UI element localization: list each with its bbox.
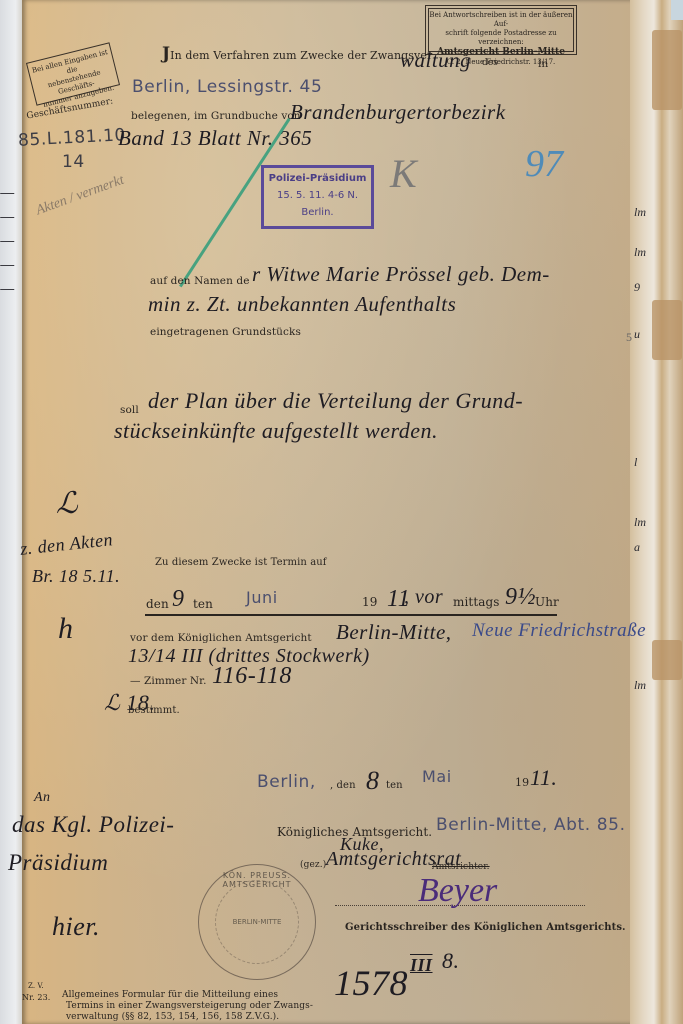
recipient-line: das Kgl. Polizei-	[12, 812, 174, 838]
purpose-handwritten-1: der Plan über die Verteilung der Grund-	[148, 388, 523, 414]
court-seal: KÖN. PREUSS. AMTSGERICHT BERLIN-MITTE	[198, 864, 316, 980]
date-place-stamp: Berlin,	[257, 772, 316, 792]
file-roman: III	[410, 955, 433, 976]
edge-note: a	[634, 540, 640, 555]
term-ten: ten	[193, 597, 213, 611]
intro-printed: JIn dem Verfahren zum Zwecke der Zwangsv…	[162, 44, 432, 64]
clerk-title: Gerichtsschreiber des Königlichen Amtsge…	[345, 922, 626, 933]
police-received-stamp: Polizei-Präsidium 15. 5. 11. 4-6 N. Berl…	[261, 165, 374, 229]
term-day: 9	[172, 586, 185, 613]
location-stamp: Berlin, Lessingstr. 45	[132, 77, 322, 97]
signature-court-stamp: Berlin-Mitte, Abt. 85.	[436, 815, 626, 835]
notice-line: schrift folgende Postadresse zu verzeich…	[429, 29, 573, 47]
police-stamp-title: Polizei-Präsidium	[264, 170, 371, 187]
seal-text: KÖN. PREUSS. AMTSGERICHT	[199, 871, 315, 889]
term-time: 9½	[505, 584, 536, 611]
date-den: , den	[330, 780, 356, 791]
court-handwritten: Berlin-Mitte,	[336, 620, 452, 645]
torn-edge	[652, 300, 682, 360]
room-printed: — Zimmer Nr.	[130, 675, 207, 687]
intro-handwritten: waltung	[400, 48, 471, 73]
torn-edge	[652, 640, 682, 680]
plot-printed: eingetragenen Grundstücks	[150, 326, 301, 338]
edge-note: l	[634, 455, 637, 470]
pencil-mark-k: K	[390, 150, 417, 197]
form-title-line: Termins in einer Zwangsversteigerung ode…	[62, 1001, 313, 1012]
recipient-line: hier.	[52, 912, 100, 942]
court-street-stamp: Neue Friedrichstraße	[472, 620, 646, 642]
term-century: 19	[362, 595, 377, 609]
date-day: 8	[366, 766, 380, 796]
margin-note: h	[58, 612, 74, 646]
margin-mark: ℒ	[56, 486, 78, 521]
police-stamp-date: 15. 5. 11. 4-6 N.	[264, 187, 371, 204]
date-month-stamp: Mai	[422, 767, 452, 786]
case-number-sub: 14	[62, 152, 85, 172]
term-uhr: Uhr	[535, 595, 559, 609]
owner-handwritten-2: min z. Zt. unbekannten Aufenthalts	[148, 292, 456, 317]
term-mittags: mittags	[453, 595, 500, 609]
term-ampm: , vor	[404, 586, 443, 609]
edge-note: lm	[634, 245, 646, 260]
form-series: Z. V.	[28, 982, 44, 990]
edge-note: u	[634, 327, 640, 342]
intro-suffix: des	[482, 58, 498, 68]
purpose-printed: soll	[120, 404, 139, 416]
seal-eagle: BERLIN-MITTE	[215, 880, 299, 964]
term-underline	[145, 614, 557, 616]
edge-note: 9	[634, 280, 640, 295]
seal-lower-text: BERLIN-MITTE	[233, 918, 282, 926]
term-den: den	[146, 597, 169, 611]
notice-line: Bei Antwortschreiben ist in der äußeren …	[429, 11, 573, 29]
file-number: 1578	[334, 962, 408, 1004]
margin-note: Br. 18 5.11.	[32, 566, 120, 587]
edge-note: lm	[634, 205, 646, 220]
term-month: Juni	[246, 588, 278, 607]
left-page-handwriting	[4, 180, 22, 340]
form-title-line: Allgemeines Formular für die Mitteilung …	[62, 990, 313, 1001]
form-number: Nr. 23.	[22, 993, 50, 1002]
right-page-edges: lm lm 9 u 5 l lm a lm	[630, 0, 683, 1024]
registry-printed: belegenen, im Grundbuche von	[131, 110, 301, 122]
court-printed: vor dem Königlichen Amtsgericht	[130, 632, 312, 644]
judge-title-struck: Amtsrichter.	[432, 862, 490, 872]
edge-note: 5	[626, 330, 632, 345]
police-stamp-city: Berlin.	[264, 204, 371, 221]
registry-handwritten-1: Brandenburgertorbezirk	[290, 100, 506, 125]
gez-printed: (gez.)	[300, 860, 326, 870]
date-ten: ten	[386, 780, 403, 791]
form-title: Allgemeines Formular für die Mitteilung …	[62, 990, 313, 1023]
date-year: 11.	[530, 765, 557, 791]
blue-tab	[671, 0, 683, 20]
owner-printed: auf den Namen de	[150, 275, 250, 287]
owner-handwritten-1: r Witwe Marie Prössel geb. Dem-	[252, 262, 550, 287]
postal-notice-box: Bei Antwortschreiben ist in der äußeren …	[428, 8, 574, 52]
blue-pencil-number: 97	[525, 142, 563, 186]
determined-printed: bestimmt.	[128, 705, 180, 716]
purpose-handwritten-2: stückseinkünfte aufgestellt werden.	[114, 418, 438, 444]
clerk-signature: Beyer	[418, 872, 497, 910]
form-title-line: verwaltung (§§ 82, 153, 154, 156, 158 Z.…	[62, 1012, 313, 1023]
file-suffix: 8.	[442, 948, 460, 974]
torn-edge	[652, 30, 682, 110]
intro-in: in	[538, 58, 548, 70]
edge-note: lm	[634, 678, 646, 693]
date-century: 19	[515, 776, 529, 789]
edge-note: lm	[634, 515, 646, 530]
recipient-line: Präsidium	[8, 850, 108, 876]
room-number: 116-118	[212, 663, 292, 690]
term-printed: Zu diesem Zwecke ist Termin auf	[155, 557, 327, 568]
recipient-line: An	[34, 790, 51, 806]
